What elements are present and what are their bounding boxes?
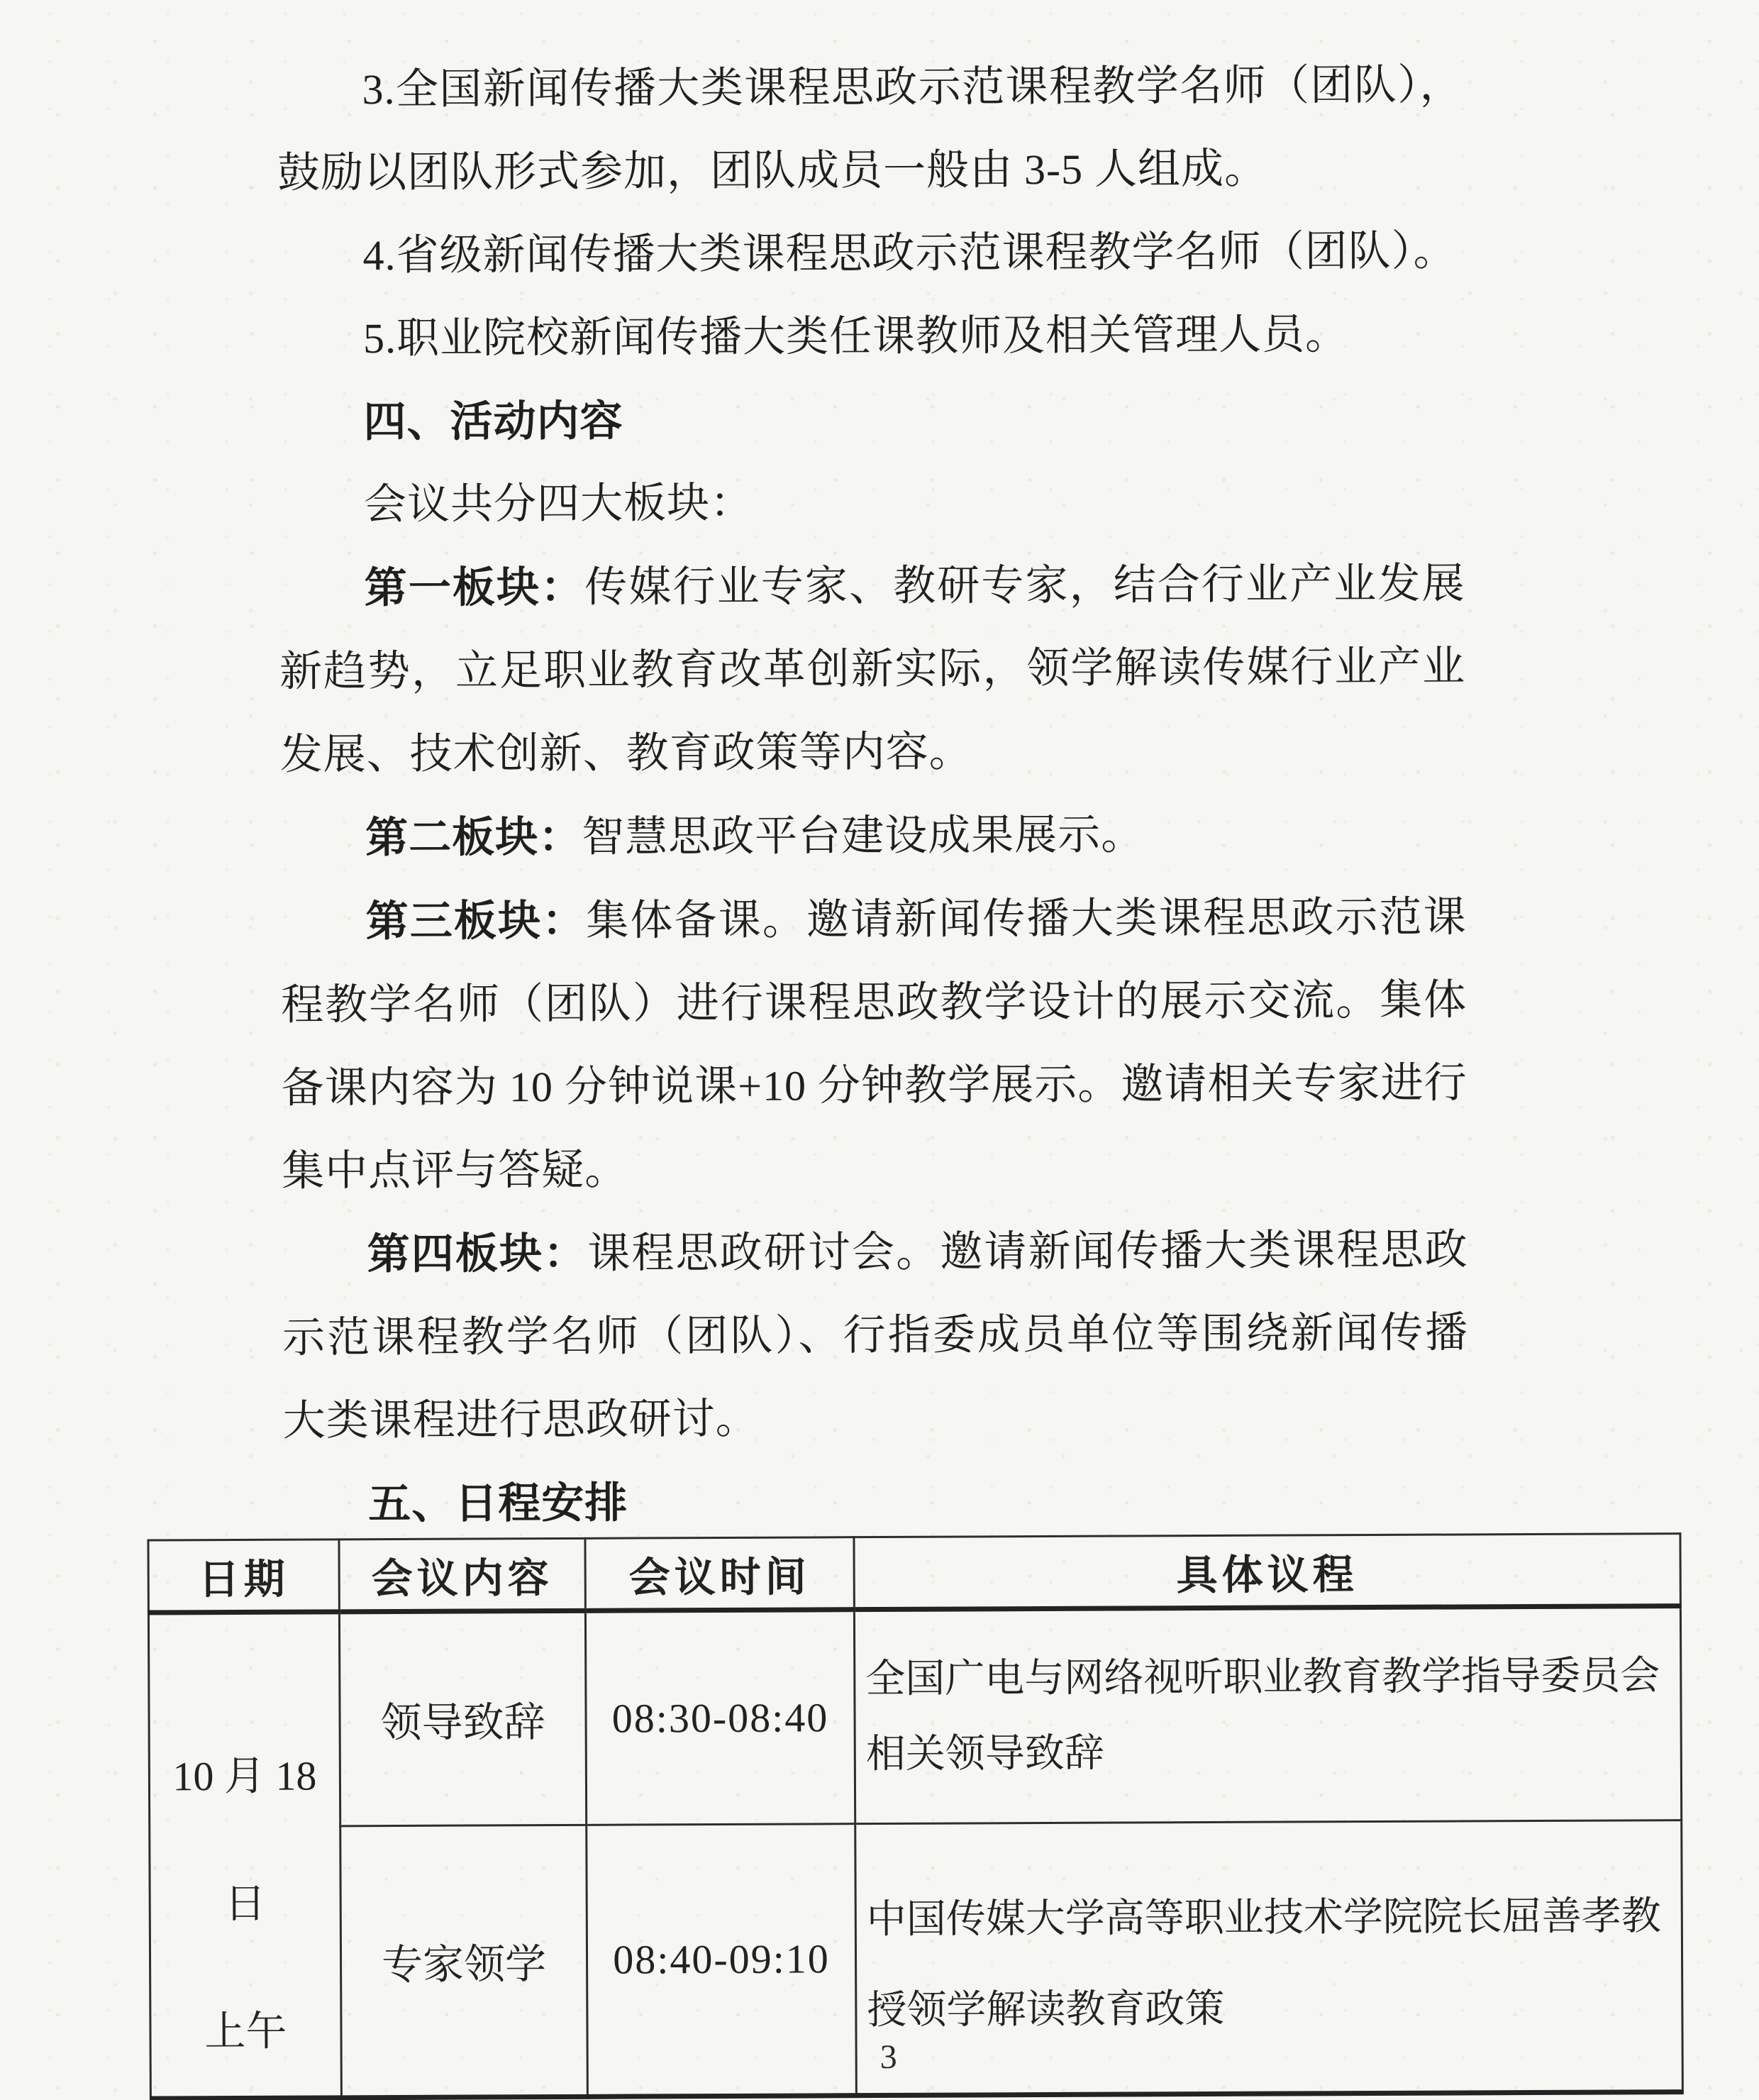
date-line-1: 10 月 18 日	[150, 1712, 340, 1968]
paragraph-block-3: 第三板块：集体备课。邀请新闻传播大类课程思政示范课程教学名师（团队）进行课程思政…	[280, 875, 1467, 1212]
block-1-label: 第一板块：	[364, 563, 584, 612]
table-row: 10 月 18 日 上午 领导致辞 08:30-08:40 全国广电与网络视听职…	[148, 1606, 1681, 1827]
page-number: 3	[9, 2034, 1759, 2081]
block-3-label: 第三板块：	[366, 897, 587, 945]
time-cell: 08:30-08:40	[585, 1610, 855, 1825]
content-cell: 领导致辞	[339, 1610, 586, 1825]
block-2-label: 第二板块：	[365, 813, 582, 861]
list-item-5: 5.职业院校新闻传播大类任课教师及相关管理人员。	[278, 292, 1464, 380]
block-4-label: 第四板块：	[367, 1229, 588, 1278]
document-body: 3.全国新闻传播大类课程思政示范课程教学名师（团队），鼓励以团队形式参加，团队成…	[277, 43, 1469, 1545]
section-heading-5: 五、日程安排	[283, 1457, 1469, 1545]
header-agenda: 具体议程	[854, 1534, 1680, 1610]
paragraph-block-4: 第四板块：课程思政研讨会。邀请新闻传播大类课程思政示范课程教学名师（团队）、行指…	[282, 1207, 1469, 1462]
date-cell: 10 月 18 日 上午	[148, 1612, 341, 2099]
header-date: 日期	[148, 1540, 339, 1613]
header-time: 会议时间	[585, 1537, 854, 1611]
list-item-4: 4.省级新闻传播大类课程思政示范课程教学名师（团队）。	[277, 209, 1463, 297]
section-heading-4: 四、活动内容	[278, 375, 1464, 463]
list-item-3: 3.全国新闻传播大类课程思政示范课程教学名师（团队），鼓励以团队形式参加，团队成…	[277, 43, 1463, 214]
schedule-table: 日期 会议内容 会议时间 具体议程 10 月 18 日 上午 领导致辞 08:3…	[147, 1532, 1683, 2100]
paragraph-block-2: 第二板块：智慧思政平台建设成果展示。	[280, 791, 1466, 880]
schedule-header-row: 日期 会议内容 会议时间 具体议程	[148, 1534, 1680, 1613]
agenda-cell: 全国广电与网络视听职业教育教学指导委员会相关领导致辞	[854, 1606, 1681, 1824]
scanned-document-page: 3.全国新闻传播大类课程思政示范课程教学名师（团队），鼓励以团队形式参加，团队成…	[0, 0, 1759, 2100]
page-content: 3.全国新闻传播大类课程思政示范课程教学名师（团队），鼓励以团队形式参加，团队成…	[0, 0, 1759, 4]
header-content: 会议内容	[339, 1538, 585, 1612]
paragraph-intro: 会议共分四大板块：	[279, 458, 1465, 546]
paragraph-block-1: 第一板块：传媒行业专家、教研专家，结合行业产业发展新趋势，立足职业教育改革创新实…	[279, 541, 1466, 796]
block-2-text: 智慧思政平台建设成果展示。	[582, 811, 1144, 860]
